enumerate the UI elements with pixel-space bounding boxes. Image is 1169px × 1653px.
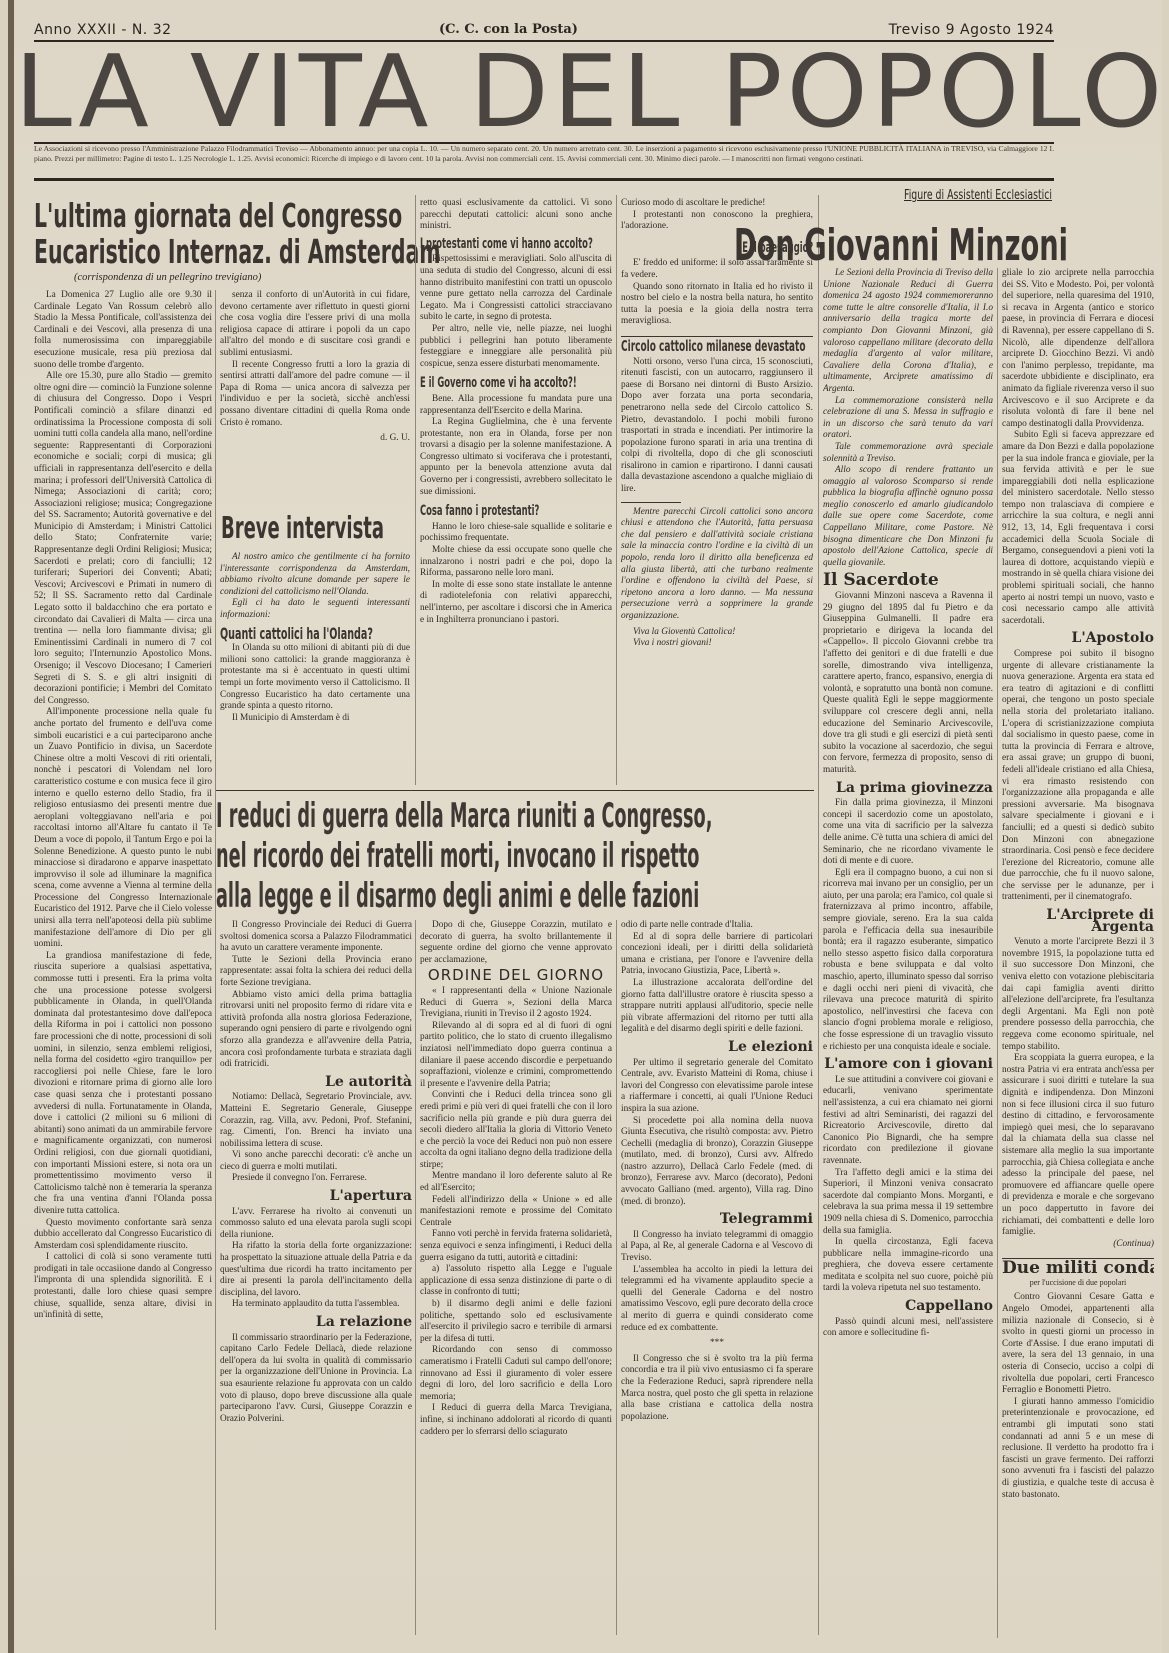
notice-rule (34, 178, 1054, 181)
reduci-column-b: Dopo di che, Giuseppe Corazzin, mutilato… (420, 920, 612, 1635)
ordine-heading: ORDINE DEL GIORNO (420, 970, 612, 982)
paragraph: All'imponente processione nella quale fu… (34, 707, 212, 950)
section-heading: L'Arciprete di Argenta (1002, 910, 1154, 933)
question-heading: E il Governo come vi ha accolto?! (420, 378, 535, 390)
section-heading: Le autorità (220, 1077, 412, 1089)
paragraph: I giurati hanno ammesso l'omicidio prete… (1002, 1397, 1154, 1501)
paragraph: Notiamo: Dellacà, Segretario Provinciale… (220, 1092, 412, 1150)
column-2-top: senza il conforto di un'Autorità in cui … (220, 290, 410, 500)
paragraph: Passò quindi alcuni mesi, nell'assistere… (823, 1317, 993, 1340)
militi-subtitle: per l'uccisione di due popolari (1002, 1277, 1154, 1289)
paragraph: a) l'assoluto rispetto alla Legge e l'ug… (420, 1264, 612, 1299)
section-heading: L'apertura (220, 1191, 412, 1203)
paragraph: La illustrazione accalorata dell'ordine … (621, 978, 813, 1036)
paragraph: retto quasi esclusivamente da cattolici.… (420, 198, 612, 233)
paragraph: « I rappresentanti della « Unione Nazion… (420, 986, 612, 1021)
paragraph: Ha terminato applaudito da tutta l'assem… (220, 1299, 412, 1311)
congresso-headline-2: Eucaristico Internaz. di Amsterdam (34, 232, 441, 271)
column-divider (415, 195, 416, 785)
paragraph: Contro Giovanni Cesare Gatta e Angelo Om… (1002, 1292, 1154, 1396)
section-heading: Il Sacerdote (823, 575, 993, 587)
column-divider (616, 195, 617, 785)
paragraph: Si procedette poi alla nomina della nuov… (621, 1116, 813, 1209)
column-2-intervista: Al nostro amico che gentilmente ci ha fo… (220, 552, 410, 787)
paragraph: Egli era il compagno buono, a cui non si… (823, 868, 993, 1054)
paragraph: odio di parte nelle contrade d'Italia. (621, 920, 813, 932)
reduci-headline-2: nel ricordo dei fratelli morti, invocano… (216, 836, 699, 876)
paragraph: Per altro, nelle vie, nelle piazze, nei … (420, 324, 612, 370)
circolo-cry-1: Viva la Gioventù Cattolica! (621, 627, 813, 639)
paragraph: Venuto a morte l'arciprete Bezzi il 3 no… (1002, 937, 1154, 1053)
paragraph: Dopo di che, Giuseppe Corazzin, mutilato… (420, 920, 612, 966)
circolo-headline: Circolo cattolico milanese devastato (621, 341, 736, 353)
paragraph: L'avv. Ferrarese ha rivolto ai convenuti… (220, 1207, 412, 1242)
paragraph: Il recente Congresso frutti a loro la gr… (220, 360, 410, 430)
paragraph: Fanno voti perchè in fervida fraterna so… (420, 1229, 612, 1264)
column-5: Le Sezioni della Provincia di Treviso de… (823, 268, 993, 1638)
paragraph: Il Congresso che si è svolto tra la più … (621, 1354, 813, 1424)
paragraph: Era scoppiata la guerra europea, e la no… (1002, 1053, 1154, 1239)
paragraph: I cattolici di colà si sono veramente tu… (34, 1252, 212, 1322)
paragraph: Ha rifatto la storia della forte organiz… (220, 1241, 412, 1299)
section-heading: Telegrammi (621, 1214, 813, 1226)
circolo-note: Mentre parecchi Circoli cattolici sono a… (621, 507, 813, 623)
paragraph: La Regina Guglielmina, che è una fervent… (420, 417, 612, 498)
paragraph: Vi sono anche parecchi decorati: c'è anc… (220, 1150, 412, 1173)
section-heading: Le elezioni (621, 1042, 813, 1054)
reduci-top-rule (216, 790, 814, 791)
column-divider (616, 920, 617, 1635)
column-divider (415, 920, 416, 1635)
paragraph: Abbiamo visto amici della prima battagli… (220, 990, 412, 1071)
paragraph: Mentre mandano il loro deferente saluto … (420, 1171, 612, 1194)
paragraph: Convinti che i Reduci della trincea sono… (420, 1090, 612, 1171)
reduci-column-c: odio di parte nelle contrade d'Italia. E… (621, 920, 813, 1635)
paragraph: Bene. Alla processione fu mandata pure u… (420, 394, 612, 417)
column-3: retto quasi esclusivamente da cattolici.… (420, 198, 612, 786)
paragraph: Tra l'affetto degli amici e la stima dei… (823, 1168, 993, 1238)
circolo-cry-2: Viva i nostri giovani! (621, 638, 813, 650)
short-rule (621, 502, 681, 503)
paragraph: Il commissario straordinario per la Fede… (220, 1333, 412, 1426)
column-divider (215, 290, 216, 1630)
column-divider (997, 268, 998, 1638)
minzoni-kicker: Figure di Assistenti Ecclesiastici (904, 188, 1052, 203)
paragraph: Giovanni Minzoni nasceva a Ravenna il 29… (823, 591, 993, 777)
reduci-headline-1: I reduci di guerra della Marca riuniti a… (216, 796, 712, 836)
paragraph: Notti orsono, verso l'una circa, 15 scon… (621, 357, 813, 496)
paragraph: Fedeli all'indirizzo della « Unione » ed… (420, 1195, 612, 1230)
paragraph: L'assemblea ha accolto in piedi la lettu… (621, 1265, 813, 1335)
paragraph: Quando sono ritornato in Italia ed ho ri… (621, 282, 813, 328)
column-6: gliale lo zio arciprete nella parrocchia… (1002, 268, 1154, 1638)
paragraph: Alle ore 15.30, pure allo Stadio — gremi… (34, 371, 212, 707)
column-divider (818, 195, 819, 1635)
paragraph: La commemorazione consisterà nella celeb… (823, 396, 993, 442)
paragraph: La Domenica 27 Luglio alle ore 9.30 il C… (34, 290, 212, 371)
paragraph: Presiede il convegno l'on. Ferrarese. (220, 1173, 412, 1185)
paragraph: Per ultimo il segretario generale del Co… (621, 1058, 813, 1116)
paragraph: Subito Egli si faceva apprezzare ed amar… (1002, 430, 1154, 627)
intervista-headline: Breve intervista (221, 511, 384, 546)
paragraph: gliale lo zio arciprete nella parrocchia… (1002, 268, 1154, 430)
subscription-notice: Le Associazioni si ricevono presso l'Amm… (34, 144, 1054, 164)
congresso-headline-1: L'ultima giornata del Congresso (34, 196, 402, 235)
section-heading: Cappellano (823, 1301, 993, 1313)
section-heading: L'Apostolo (1002, 633, 1154, 645)
paragraph: In Olanda su otto milioni di abitanti pi… (220, 643, 410, 713)
column-4: Curioso modo di ascoltare le prediche! I… (621, 198, 813, 788)
section-heading: La prima giovinezza (823, 783, 993, 795)
reduci-headline-3: alla legge e il disarmo degli animi e de… (216, 876, 699, 916)
paragraph: Tutte le Sezioni della Provincia erano r… (220, 955, 412, 990)
paragraph: Il Municipio di Amsterdam è di (220, 713, 410, 725)
intervista-intro-2: Egli ci ha dato le seguenti interessanti… (220, 598, 410, 621)
paragraph: Hanno le loro chiese-sale squallide e so… (420, 522, 612, 545)
question-heading: Quanti cattolici ha l'Olanda? (220, 628, 334, 640)
paragraph: Ricordando con senso di commosso camerat… (420, 1345, 612, 1403)
paragraph: Questo movimento confortante sarà senza … (34, 1218, 212, 1253)
paragraph: Allo scopo di rendere frattanto un omagg… (823, 465, 993, 569)
paragraph: Fin dalla prima giovinezza, il Minzoni c… (823, 798, 993, 868)
section-heading: La relazione (220, 1317, 412, 1329)
paragraph: Il Congresso ha inviato telegrammi di om… (621, 1230, 813, 1265)
congresso-byline: (corrispondenza di un pellegrino trevigi… (74, 272, 261, 283)
paragraph: In molte di esse sono state installate l… (420, 580, 612, 626)
paragraph: Il Congresso Provinciale dei Reduci di G… (220, 920, 412, 955)
paragraph: Rilevando al di sopra ed al di fuori di … (420, 1021, 612, 1091)
paragraph: Le Sezioni della Provincia di Treviso de… (823, 268, 993, 396)
paragraph: Le sue attitudini a convivere coi giovan… (823, 1075, 993, 1168)
paragraph: In quella circostanza, Egli faceva pubbl… (823, 1237, 993, 1295)
continua-label: (Continua) (1002, 1239, 1154, 1251)
paragraph: La grandiosa manifestazione di fede, riu… (34, 951, 212, 1218)
reduci-column-a: Il Congresso Provinciale dei Reduci di G… (220, 920, 412, 1635)
question-heading: Cosa fanno i protestanti? (420, 506, 535, 518)
paragraph: Tale commemorazione avrà speciale solenn… (823, 442, 993, 465)
paragraph: Comprese poi subito il bisogno urgente d… (1002, 649, 1154, 904)
paragraph: I Reduci di guerra della Marca Trevigian… (420, 1403, 612, 1438)
paragraph: b) il disarmo degli animi e delle fazion… (420, 1299, 612, 1345)
paragraph: Ed al di sopra delle barriere di partico… (621, 932, 813, 978)
column-1: La Domenica 27 Luglio alle ore 9.30 il C… (34, 290, 212, 1640)
militi-headline: Due militi condannati (1002, 1263, 1154, 1275)
paragraph: Rispettosissimi e meravigliati. Solo all… (420, 254, 612, 324)
paragraph: Curioso modo di ascoltare le prediche! (621, 198, 813, 210)
signature: d. G. U. (220, 433, 410, 445)
question-heading: I protestanti come vi hanno accolto? (420, 239, 535, 251)
masthead: LA VITA DEL POPOLO (15, 42, 1076, 142)
paragraph: senza il conforto di un'Autorità in cui … (220, 290, 410, 360)
section-heading: L'amore con i giovani (823, 1059, 993, 1071)
paragraph: Molte chiese da essi occupate sono quell… (420, 545, 612, 580)
newspaper-page: Anno XXXII - N. 32 (C. C. con la Posta) … (8, 0, 1162, 1653)
intervista-intro: Al nostro amico che gentilmente ci ha fo… (220, 552, 410, 598)
minzoni-headline: Don Giovanni Minzoni (734, 220, 1068, 271)
separator-stars: *** (621, 1338, 813, 1350)
